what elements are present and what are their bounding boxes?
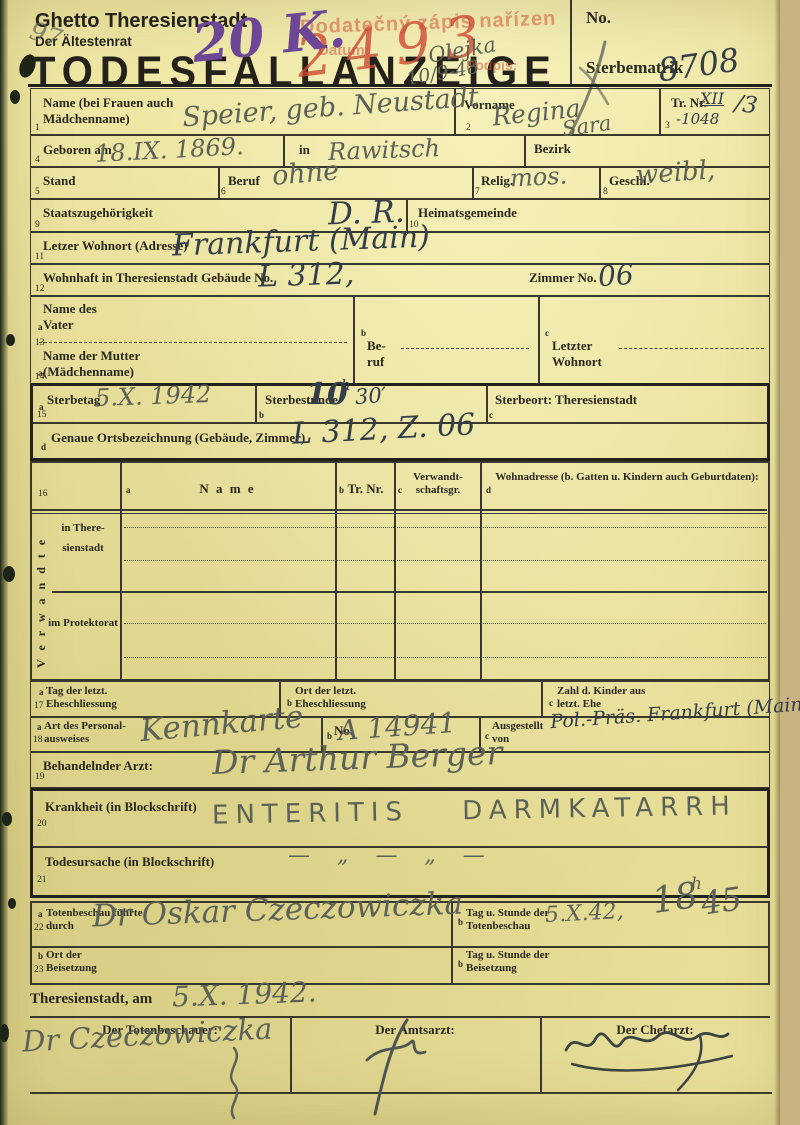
verwandte-vertical-label: V e r w a n d t e xyxy=(34,537,49,668)
sterbeort-label: Sterbeort: Theresienstadt xyxy=(495,392,637,408)
geboren-num: 4 xyxy=(35,155,40,165)
vorname-num: 2 xyxy=(466,123,471,133)
wohnort-col-label: Letzter Wohnort xyxy=(552,338,614,370)
relig-label: Relig. xyxy=(481,173,513,189)
ortsbez-sub: d xyxy=(41,442,46,452)
stand-num: 5 xyxy=(35,187,40,197)
totenbeschauer-signature-flourish xyxy=(222,1048,252,1123)
beruf-value: ohne xyxy=(271,155,340,192)
ehe-c-sub: c xyxy=(549,698,553,708)
entry-line xyxy=(401,348,529,349)
beisetzung-tag-sub: b xyxy=(458,959,463,969)
wohnort-col-sub: c xyxy=(545,328,549,338)
col-trnr-header: Tr. Nr. xyxy=(337,481,394,497)
damage-spot xyxy=(2,812,12,826)
beruf-label: Beruf xyxy=(228,173,260,189)
sterbestunde-unit: h xyxy=(341,376,351,394)
krankheit-num: 20 xyxy=(37,819,47,829)
divider xyxy=(538,296,540,383)
beisetzung-sub: b xyxy=(38,951,43,961)
header-rule xyxy=(32,513,767,515)
beisetzung-label: Ort der Beisetzung xyxy=(46,949,126,976)
divider xyxy=(394,463,396,680)
relatives-table: 16 a N a m e b Tr. Nr. c Verwandt- schaf… xyxy=(30,461,770,681)
vater-label: Name des Vater xyxy=(43,301,123,333)
damage-spot xyxy=(8,898,16,909)
beisetzung-tag-label: Tag u. Stunde der Beisetzung xyxy=(466,949,586,976)
paper-edge-left xyxy=(0,0,8,1125)
arzt-num: 19 xyxy=(35,772,45,782)
chefarzt-signature xyxy=(560,1020,750,1105)
geboren-in-value: Rawitsch xyxy=(328,134,441,166)
sterbematrik-value: 8708 xyxy=(656,41,742,90)
place-date-value: 5.X. 1942. xyxy=(171,975,317,1013)
ehe-num: 17 xyxy=(34,701,44,711)
beruf-num: 6 xyxy=(221,187,226,197)
arzt-label: Behandelnder Arzt: xyxy=(43,758,153,774)
heimat-label: Heimatsgemeinde xyxy=(418,205,517,221)
staat-label: Staatszugehörigkeit xyxy=(43,205,153,221)
damage-spot xyxy=(6,334,15,346)
relig-num: 7 xyxy=(475,187,480,197)
geschl-num: 8 xyxy=(603,187,608,197)
krankheit-label: Krankheit (in Blockschrift) xyxy=(45,799,197,815)
wohnhaft-value: L 312, xyxy=(257,256,354,294)
sterbeort-sub: c xyxy=(489,410,493,420)
trnr-num: 3 xyxy=(665,121,670,131)
divider xyxy=(541,682,543,716)
todesursache-label: Todesursache (in Blockschrift) xyxy=(45,854,214,870)
paper-edge-seam xyxy=(774,0,780,1125)
trnr-value-slash: /3 xyxy=(733,91,759,120)
damage-spot xyxy=(10,90,20,104)
ausweis-sub: a xyxy=(37,722,42,732)
table-num: 16 xyxy=(38,489,48,499)
ortsbez-label: Genaue Ortsbezeichnung (Gebäude, Zimmer) xyxy=(51,430,305,446)
beruf-col-sub: b xyxy=(361,328,366,338)
divider xyxy=(218,167,220,198)
ehe-b-label: Ort der letzt. Eheschliessung xyxy=(295,685,400,712)
dotted-line xyxy=(124,657,766,658)
sterbetag-label: Sterbetag xyxy=(47,392,100,408)
row-eltern: Name des Vater a 13 Name der Mutter (Mäd… xyxy=(30,295,770,385)
dotted-line xyxy=(124,623,766,624)
todesursache-num: 21 xyxy=(37,875,47,885)
vater-num: 13 xyxy=(35,338,45,348)
col-name-header: N a m e xyxy=(120,481,335,497)
sterbestunde-min: 30′ xyxy=(354,383,387,409)
bezirk-label: Bezirk xyxy=(534,141,571,157)
divider xyxy=(472,167,474,198)
signature-divider xyxy=(540,1016,542,1092)
ehe-a-sub: a xyxy=(39,687,44,697)
sterbestunde-sub: b xyxy=(259,410,264,420)
name-num: 1 xyxy=(35,123,40,133)
header-rule xyxy=(32,509,767,511)
divider xyxy=(32,946,768,948)
stand-label: Stand xyxy=(43,173,76,189)
divider xyxy=(659,89,661,134)
wohnhaft-num: 12 xyxy=(35,284,45,294)
row-divider xyxy=(52,591,767,593)
divider xyxy=(599,167,601,198)
name-label: Name (bei Frauen auch Mädchenname) xyxy=(43,95,195,127)
mutter-num: 14 xyxy=(35,372,45,382)
trnr-value-line2: -1048 xyxy=(676,110,719,128)
todesursache-ditto: — „ — „ — xyxy=(288,843,495,868)
signature-divider xyxy=(290,1016,292,1092)
dotted-line xyxy=(124,527,766,528)
wohnhaft-label: Wohnhaft in Theresienstadt Gebäude No. xyxy=(43,270,273,286)
damage-spot xyxy=(3,566,15,582)
totenbeschau-num: 22 xyxy=(34,923,44,933)
divider xyxy=(480,463,482,680)
divider xyxy=(524,135,526,166)
divider xyxy=(255,386,257,422)
row-protektorat-label: im Protektorat xyxy=(48,611,118,635)
dotted-line xyxy=(124,560,766,561)
amtsarzt-signature xyxy=(345,1018,465,1118)
vater-sub: a xyxy=(38,322,43,332)
col-adresse-header: Wohnadresse (b. Gatten u. Kindern auch G… xyxy=(494,471,760,484)
totenbeschau-min: 45 xyxy=(699,879,745,922)
relig-value: mos. xyxy=(509,162,568,193)
row-theresienstadt-label: in There- sienstadt xyxy=(48,519,118,559)
ehe-a-label: Tag der letzt. Eheschliessung xyxy=(46,685,151,712)
beruf-col-label: Be- ruf xyxy=(367,338,395,370)
divider xyxy=(486,386,488,422)
entry-line xyxy=(39,342,347,343)
zimmer-value: 06 xyxy=(597,258,635,293)
totenbeschau-tag-value: 5.X.42, xyxy=(544,899,624,928)
document-scan: Ghetto Theresienstadt Der Ältestenrat TO… xyxy=(0,0,800,1125)
ausweis-num: 18 xyxy=(33,735,43,745)
totenbeschau-sub: a xyxy=(38,909,43,919)
entry-line xyxy=(619,348,764,349)
col-d-sub: d xyxy=(486,485,491,495)
row-wohnhaft: Wohnhaft in Theresienstadt Gebäude No. 1… xyxy=(30,263,770,297)
wohnort-num: 11 xyxy=(35,252,44,262)
sterbetag-num: 15 xyxy=(37,410,47,420)
divider xyxy=(353,296,355,383)
paper-edge-right xyxy=(780,0,800,1125)
col-verwandt-header: Verwandt- schaftsgr. xyxy=(398,471,478,498)
geschl-value: weibl, xyxy=(635,155,716,190)
geboren-in-label: in xyxy=(299,142,310,158)
damage-spot xyxy=(0,1024,9,1042)
no-label: No. xyxy=(586,8,611,29)
wohnort-label: Letzer Wohnort (Adresse) xyxy=(43,238,187,254)
mutter-label: Name der Mutter (Mädchenname) xyxy=(43,348,203,380)
zimmer-label: Zimmer No. xyxy=(529,270,597,286)
beisetzung-num: 23 xyxy=(34,965,44,975)
sterbetag-value: 5.X. 1942 xyxy=(95,380,212,412)
staat-num: 9 xyxy=(35,220,40,230)
trnr-value-line1: XII xyxy=(700,89,724,108)
place-date-label: Theresienstadt, am xyxy=(30,990,152,1008)
